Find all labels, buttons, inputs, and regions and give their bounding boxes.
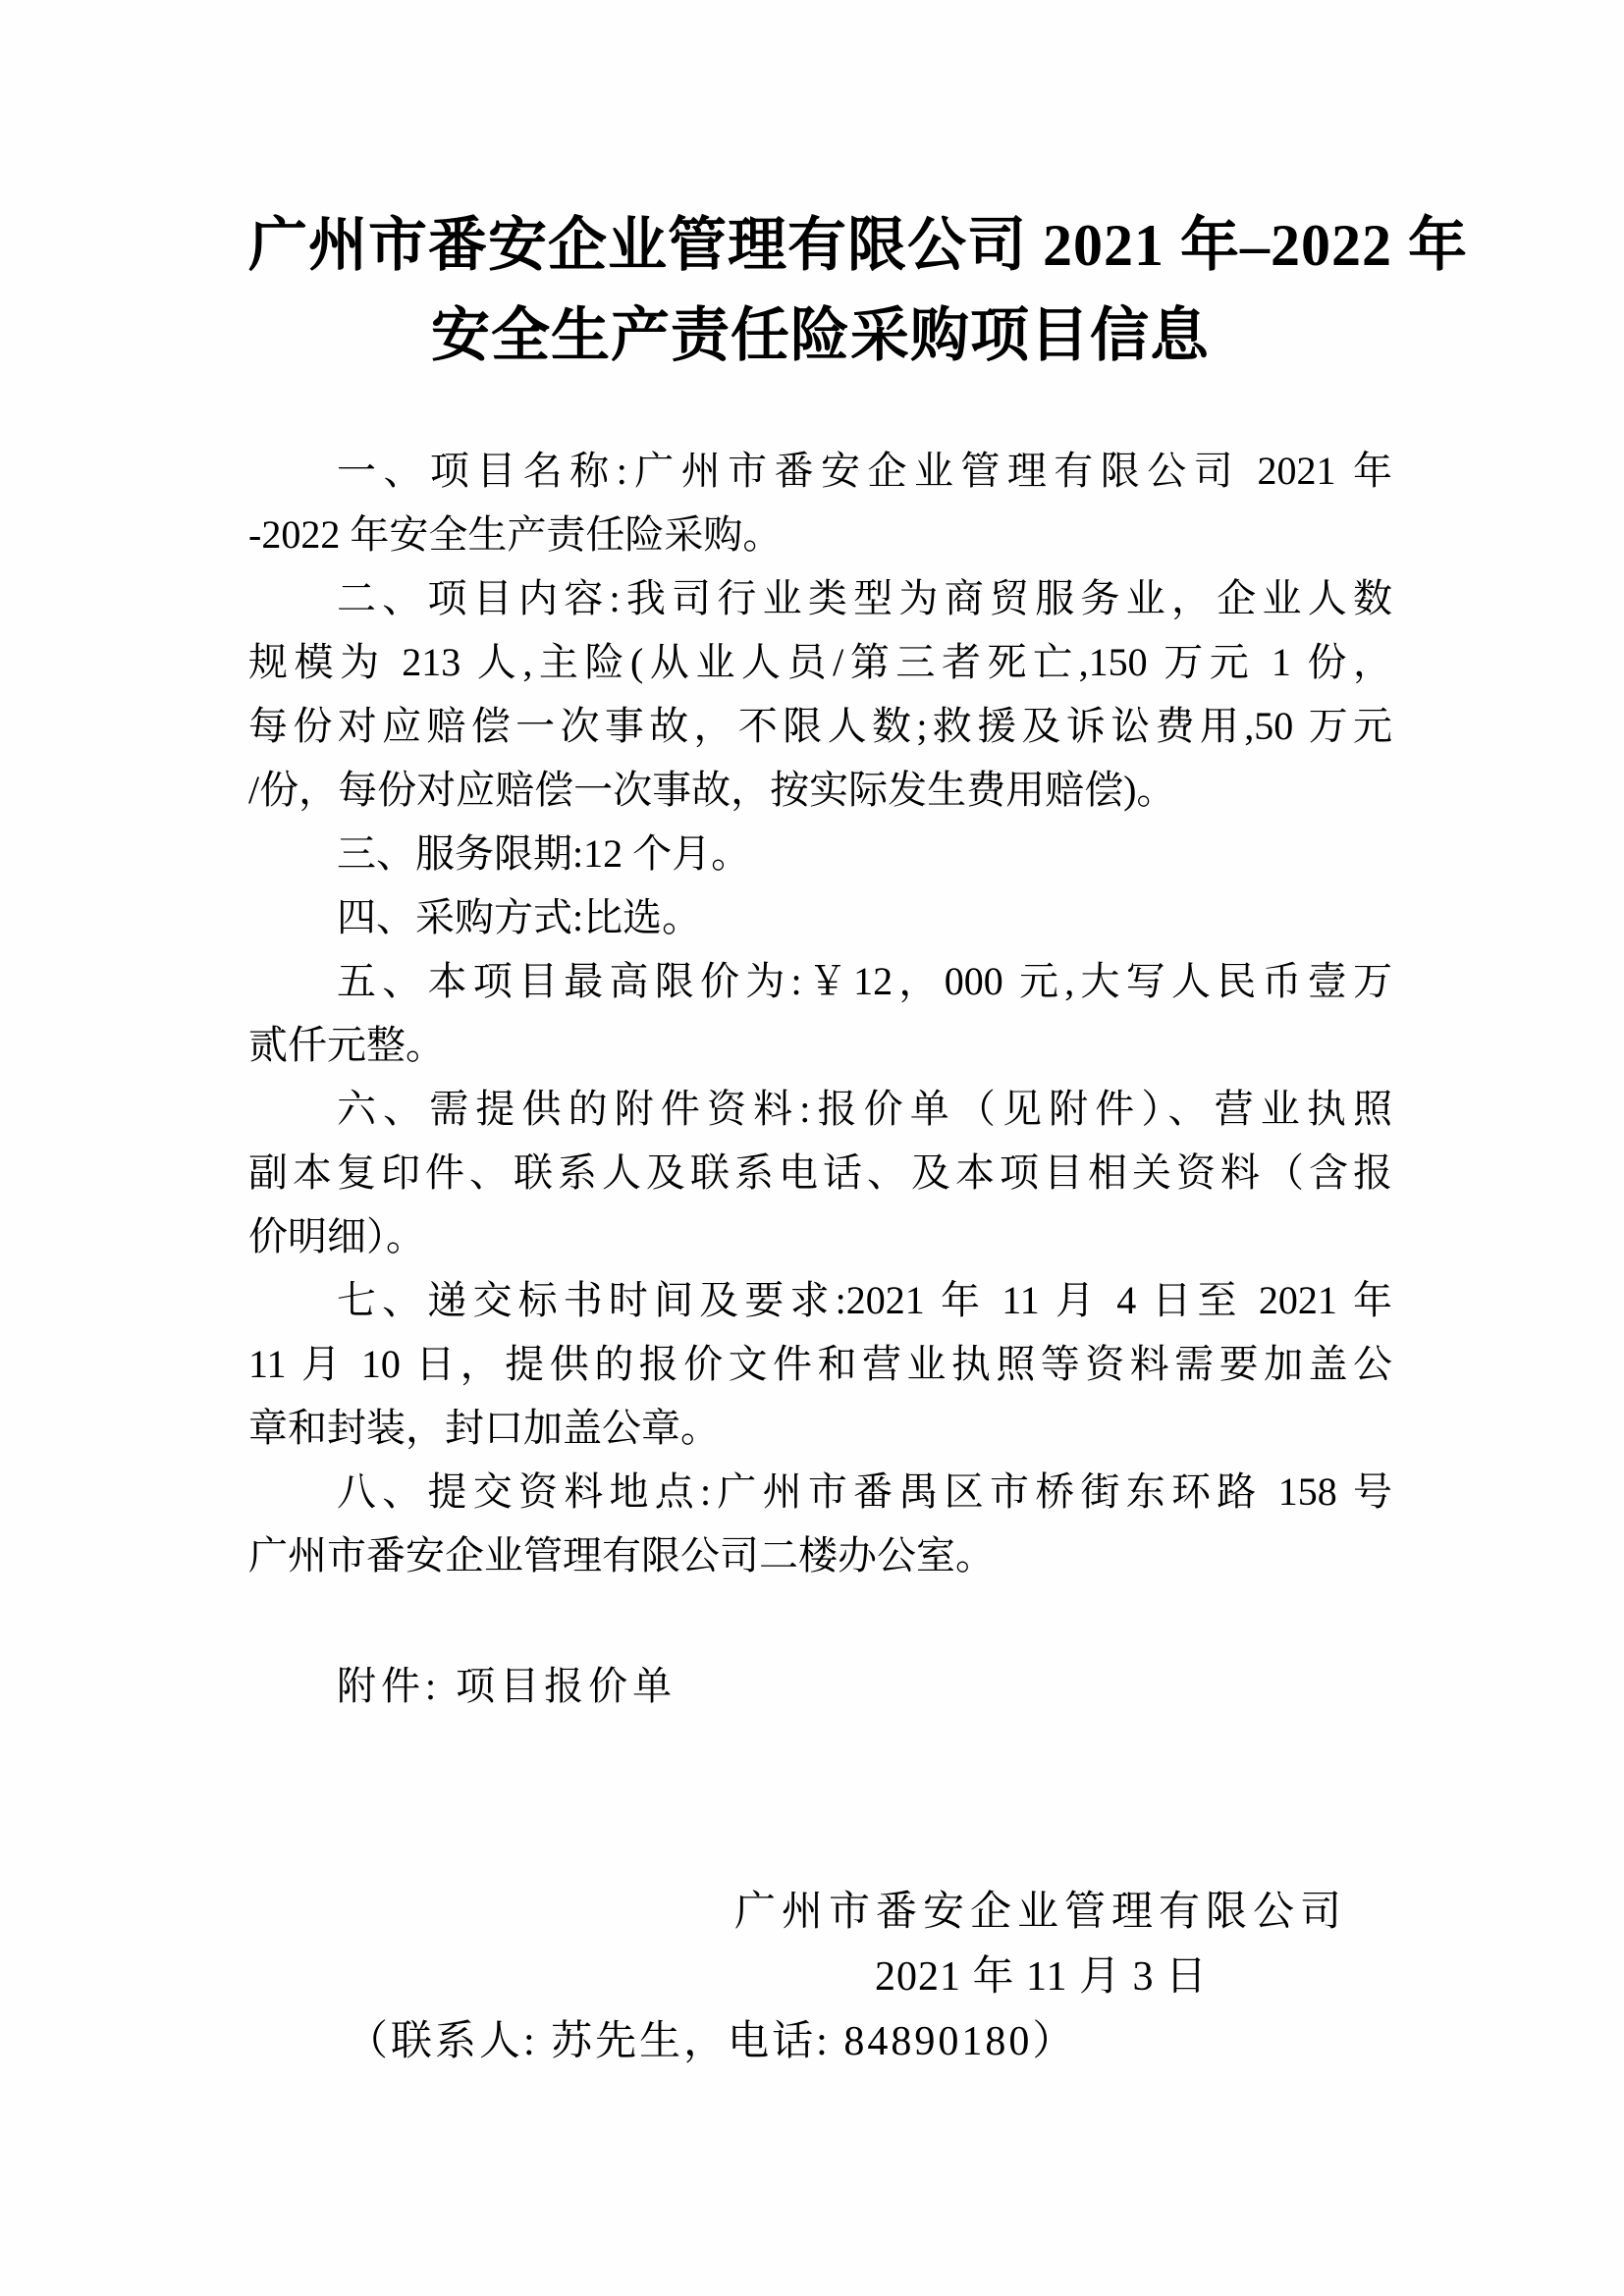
body-line: 每份对应赔偿一次事故，不限人数;救援及诉讼费用,50 万元 (248, 694, 1392, 758)
body-line: 副本复印件、联系人及联系电话、及本项目相关资料（含报 (248, 1141, 1392, 1204)
body-line: 价明细）。 (248, 1204, 1392, 1268)
body-line: 贰仟元整。 (248, 1013, 1392, 1077)
body-line: 11 月 10 日，提供的报价文件和营业执照等资料需要加盖公 (248, 1332, 1392, 1396)
body-line: 广州市番安企业管理有限公司二楼办公室。 (248, 1523, 1392, 1587)
body-line: 六、需提供的附件资料:报价单（见附件）、营业执照 (248, 1077, 1392, 1141)
body-line: 章和封装，封口加盖公章。 (248, 1396, 1392, 1460)
body-line: /份，每份对应赔偿一次事故，按实际发生费用赔偿)。 (248, 758, 1392, 822)
attachment-note: 附件: 项目报价单 (248, 1654, 1392, 1718)
body-line: 一、项目名称:广州市番安企业管理有限公司 2021 年 (248, 439, 1392, 503)
title-line-2: 安全生产责任险采购项目信息 (248, 291, 1392, 381)
body-line: 二、项目内容:我司行业类型为商贸服务业，企业人数 (248, 566, 1392, 630)
body-line: 三、服务限期:12 个月。 (248, 822, 1392, 885)
document-title: 广州市番安企业管理有限公司 2021 年–2022 年 安全生产责任险采购项目信… (248, 0, 1392, 381)
title-line-1: 广州市番安企业管理有限公司 2021 年–2022 年 (248, 200, 1392, 291)
signature-block: 广州市番安企业管理有限公司 2021 年 11 月 3 日 （联系人: 苏先生，… (248, 1880, 1392, 2074)
signature-company: 广州市番安企业管理有限公司 (248, 1880, 1392, 1945)
body-line: 四、采购方式:比选。 (248, 885, 1392, 949)
body-line: 七、递交标书时间及要求:2021 年 11 月 4 日至 2021 年 (248, 1268, 1392, 1332)
document-content: 广州市番安企业管理有限公司 2021 年–2022 年 安全生产责任险采购项目信… (248, 0, 1392, 2074)
body-line: 规模为 213 人,主险(从业人员/第三者死亡,150 万元 1 份， (248, 630, 1392, 694)
signature-date: 2021 年 11 月 3 日 (248, 1945, 1392, 2009)
body-line: 五、本项目最高限价为:￥12，000 元,大写人民币壹万 (248, 949, 1392, 1013)
body-line: 八、提交资料地点:广州市番禺区市桥街东环路 158 号 (248, 1460, 1392, 1523)
document-body: 一、项目名称:广州市番安企业管理有限公司 2021 年-2022 年安全生产责任… (248, 439, 1392, 1587)
document-page: 广州市番安企业管理有限公司 2021 年–2022 年 安全生产责任险采购项目信… (0, 0, 1624, 2296)
signature-contact: （联系人: 苏先生，电话: 84890180） (248, 2009, 1392, 2074)
body-line: -2022 年安全生产责任险采购。 (248, 503, 1392, 566)
